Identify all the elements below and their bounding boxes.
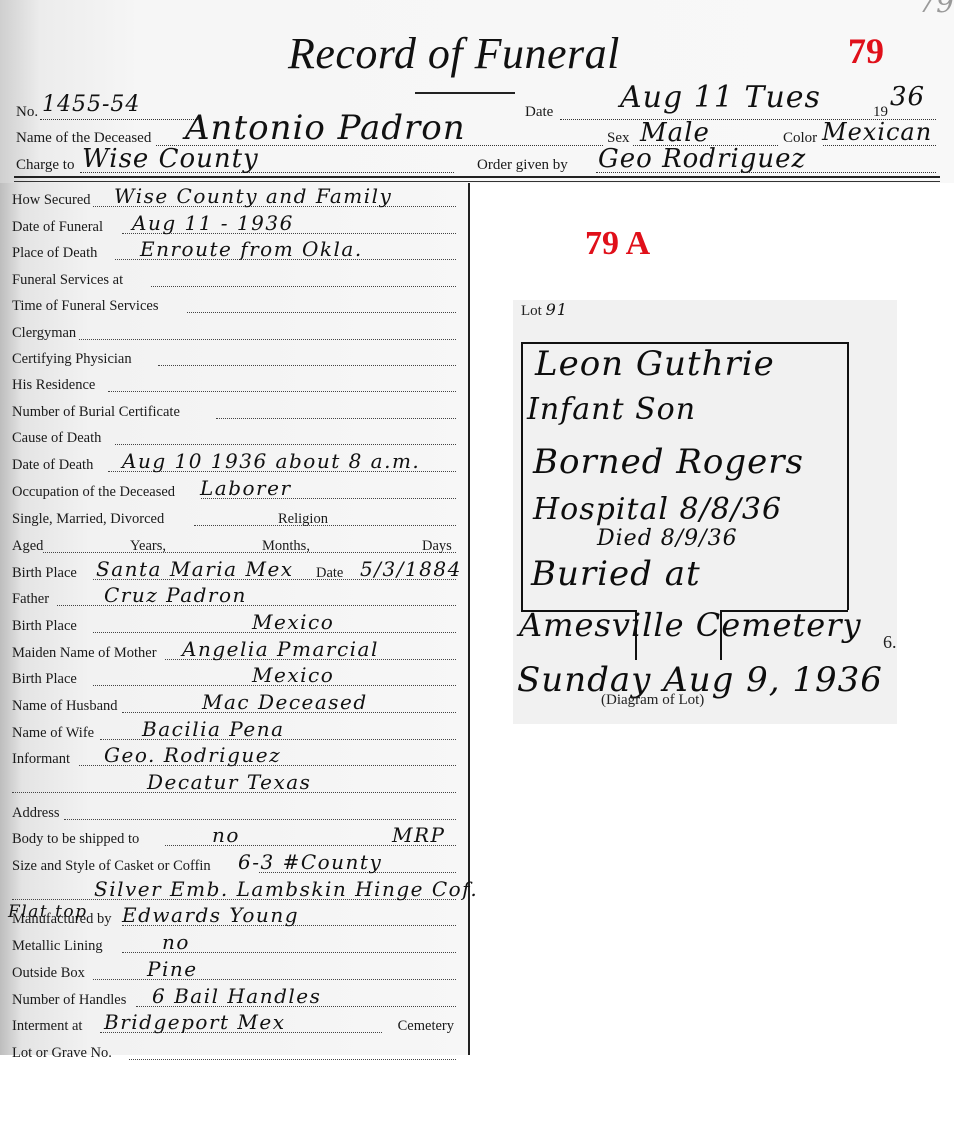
field-handwritten-value: Laborer (200, 476, 292, 500)
lot-note-line: Buried at (531, 554, 701, 594)
date-year-value: 36 (890, 82, 925, 112)
form-field-row: Lot or Grave No. (12, 1040, 462, 1066)
charge-to-value: Wise County (82, 144, 259, 174)
field-label: Number of Handles (12, 992, 126, 1009)
field-label: Informant (12, 751, 70, 768)
lot-note-line: Amesville Cemetery (519, 606, 862, 644)
field-label: Father (12, 591, 49, 608)
field-handwritten-value: Mexico (252, 663, 334, 687)
field-handwritten-value: Aug 11 - 1936 (132, 211, 294, 235)
form-field-row: AgedYears,Months,Days (12, 533, 462, 559)
form-field-row: How SecuredWise County and Family (12, 187, 462, 213)
form-field-row: Occupation of the DeceasedLaborer (12, 479, 462, 505)
header-rule-top (14, 176, 940, 178)
form-field-row: Place of DeathEnroute from Okla. (12, 240, 462, 266)
field-secondary-label: Date (316, 565, 343, 582)
form-field-row: His Residence (12, 372, 462, 398)
form-field-row: FatherCruz Padron (12, 586, 462, 612)
record-no-value: 1455-54 (42, 92, 140, 117)
form-field-row: Birth PlaceMexico (12, 666, 462, 692)
field-handwritten-value: Wise County and Family (114, 184, 392, 208)
order-given-by-label: Order given by (477, 157, 568, 174)
field-label: Date of Death (12, 457, 93, 474)
form-field-row: Number of Burial Certificate (12, 399, 462, 425)
header-rule-bottom (14, 181, 940, 182)
field-label: Body to be shipped to (12, 831, 139, 848)
field-label: Aged (12, 538, 43, 555)
field-dotted-line (187, 312, 456, 313)
field-dotted-line (129, 1059, 456, 1060)
no-line (40, 119, 202, 120)
color-value: Mexican (822, 118, 932, 146)
form-field-row: Size and Style of Casket or Coffin6-3 #C… (12, 853, 462, 879)
field-handwritten-value: Cruz Padron (104, 583, 247, 607)
field-handwritten-value: Angelia Pmarcial (182, 637, 379, 661)
form-field-row: Clergyman (12, 320, 462, 346)
no-label: No. (16, 104, 38, 121)
lot-label-text: Lot (521, 303, 542, 319)
aged-unit-label: Years, (130, 538, 166, 555)
field-label: Birth Place (12, 565, 77, 582)
field-label: How Secured (12, 192, 91, 209)
form-field-row: Name of HusbandMac Deceased (12, 693, 462, 719)
lot-note-line: Infant Son (527, 392, 696, 427)
form-field-row: Metallic Liningno (12, 933, 462, 959)
field-margin-note: Flat top (8, 902, 88, 922)
field-label: Birth Place (12, 671, 77, 688)
field-handwritten-value: 6-3 #County (238, 850, 382, 874)
field-handwritten-value: 6 Bail Handles (152, 984, 321, 1008)
lot-edge-number: 6. (883, 632, 897, 653)
field-dotted-line (151, 286, 456, 287)
date-value: Aug 11 Tues (620, 80, 821, 115)
lot-note-line: Died 8/9/36 (597, 526, 738, 551)
field-handwritten-value: Silver Emb. Lambskin Hinge Cof. (94, 877, 478, 901)
field-label: Clergyman (12, 325, 76, 342)
form-field-row: Outside BoxPine (12, 960, 462, 986)
form-field-row: Date of DeathAug 10 1936 about 8 a.m. (12, 452, 462, 478)
field-handwritten-value: Aug 10 1936 about 8 a.m. (122, 449, 420, 473)
record-number-annotation: 79 (848, 30, 884, 72)
field-handwritten-value: Bridgeport Mex (104, 1010, 286, 1034)
field-label: Lot or Grave No. (12, 1045, 112, 1062)
field-dotted-line (64, 819, 456, 820)
lot-note-line: Hospital 8/8/36 (533, 492, 782, 527)
document-title: Record of Funeral (288, 28, 620, 79)
field-label: Name of Wife (12, 725, 94, 742)
field-secondary-value: MRP (392, 823, 446, 847)
title-underline (415, 92, 515, 94)
corner-page-number: 79 (918, 0, 954, 19)
form-field-row: Cause of Death (12, 425, 462, 451)
field-label: Funeral Services at (12, 272, 123, 289)
date-label: Date (525, 104, 553, 121)
form-field-row: Manufactured byEdwards YoungFlat top (12, 906, 462, 932)
order-given-by-value: Geo Rodriguez (598, 144, 806, 174)
field-label: Single, Married, Divorced (12, 511, 164, 528)
field-handwritten-value: Enroute from Okla. (140, 237, 363, 261)
field-secondary-value: 5/3/1884 (360, 557, 462, 581)
field-dotted-line (108, 391, 456, 392)
lot-label: Lot 91 (521, 300, 568, 320)
field-label: Address (12, 805, 60, 822)
field-dotted-line (43, 552, 456, 553)
lot-diagram-inset: Lot 91 Leon Guthrie Infant Son Borned Ro… (513, 300, 897, 724)
field-handwritten-value: Edwards Young (122, 903, 299, 927)
form-field-row: Funeral Services at (12, 267, 462, 293)
form-field-row: Interment atBridgeport MexCemetery (12, 1013, 462, 1039)
field-label: Date of Funeral (12, 219, 103, 236)
field-label: Place of Death (12, 245, 97, 262)
field-secondary-label: Religion (278, 511, 328, 528)
lot-note-line: Leon Guthrie (535, 344, 775, 384)
field-label: Maiden Name of Mother (12, 645, 157, 662)
field-handwritten-value: no (212, 823, 240, 847)
lot-number-value: 91 (546, 300, 568, 319)
field-handwritten-value: Decatur Texas (147, 770, 311, 794)
form-field-row: Single, Married, DivorcedReligion (12, 506, 462, 532)
lot-note-line: Borned Rogers (533, 442, 804, 482)
field-handwritten-value: Santa Maria Mex (96, 557, 294, 581)
field-label: Number of Burial Certificate (12, 404, 180, 421)
charge-to-label: Charge to (16, 157, 74, 174)
field-label: Interment at (12, 1018, 82, 1035)
field-label: Name of Husband (12, 698, 118, 715)
field-label: Metallic Lining (12, 938, 103, 955)
field-handwritten-value: Mac Deceased (202, 690, 368, 714)
aged-unit-label: Months, (262, 538, 310, 555)
form-field-row: Maiden Name of MotherAngelia Pmarcial (12, 640, 462, 666)
lot-diagram-caption: (Diagram of Lot) (601, 692, 704, 709)
field-label: Cause of Death (12, 430, 101, 447)
field-dotted-line (79, 339, 456, 340)
deceased-value: Antonio Padron (185, 108, 466, 148)
form-field-row: Birth PlaceMexico (12, 613, 462, 639)
field-label: Birth Place (12, 618, 77, 635)
field-label: Occupation of the Deceased (12, 484, 175, 501)
form-field-row: Decatur Texas (12, 773, 462, 799)
field-label: Size and Style of Casket or Coffin (12, 858, 211, 875)
field-dotted-line (115, 444, 456, 445)
field-dotted-line (158, 365, 456, 366)
field-label: Time of Funeral Services (12, 298, 158, 315)
field-handwritten-value: Mexico (252, 610, 334, 634)
field-handwritten-value: Bacilia Pena (142, 717, 285, 741)
field-handwritten-value: no (162, 930, 190, 954)
field-handwritten-value: Pine (147, 957, 198, 981)
field-label: His Residence (12, 377, 95, 394)
field-label: Certifying Physician (12, 351, 132, 368)
field-handwritten-value: Geo. Rodriguez (104, 743, 281, 767)
aged-unit-label: Days (422, 538, 452, 555)
field-dotted-line (216, 418, 456, 419)
field-label: Outside Box (12, 965, 85, 982)
form-field-row: Body to be shipped tonoMRP (12, 826, 462, 852)
lot-number-annotation: 79 A (585, 225, 650, 263)
form-field-row: Time of Funeral Services (12, 293, 462, 319)
form-field-row: Certifying Physician (12, 346, 462, 372)
form-field-row: InformantGeo. Rodriguez (12, 746, 462, 772)
field-suffix-label: Cemetery (398, 1018, 454, 1035)
